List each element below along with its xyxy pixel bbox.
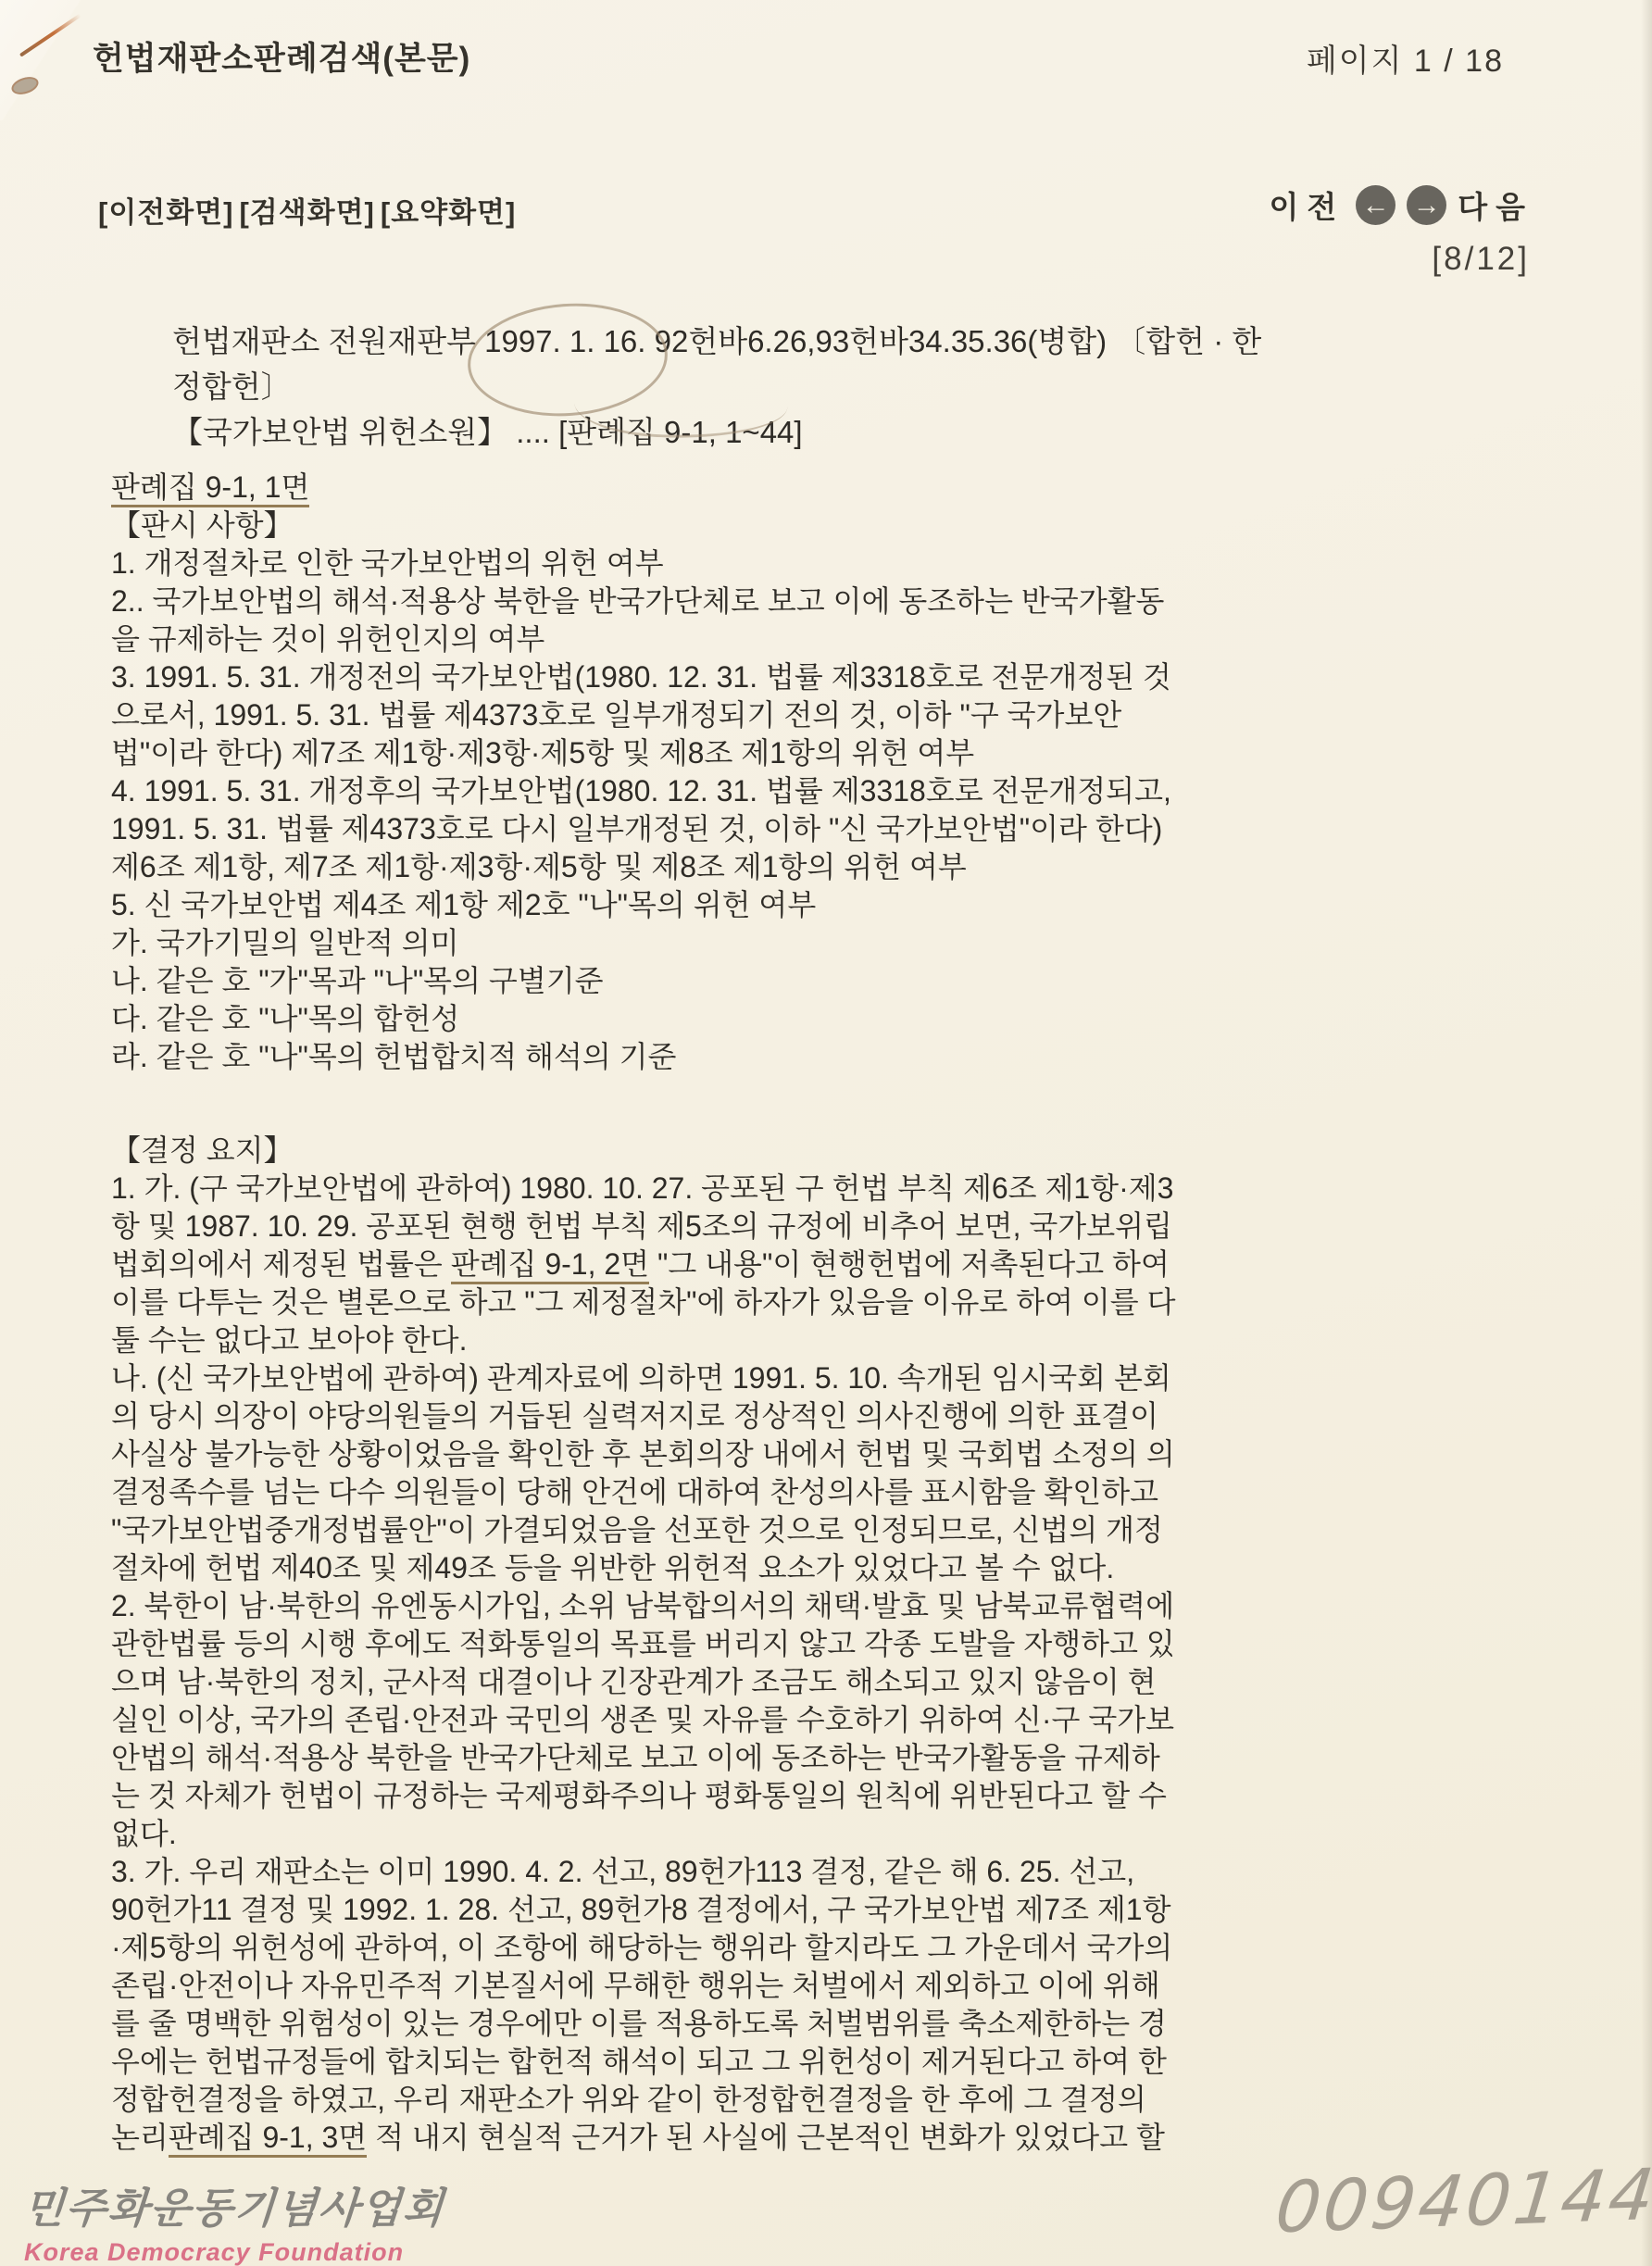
archive-logo-english: Korea Democracy Foundation <box>24 2238 445 2266</box>
next-label: 다음 <box>1458 183 1533 227</box>
body-text: 90헌가11 결정 및 1992. 1. 28. 선고, 89헌가8 결정에서,… <box>111 1893 1171 1926</box>
body-text: 1991. 5. 31. 법률 제4373호로 다시 일부개정된 것, 이하 "… <box>111 812 1162 845</box>
body-line: 을 규제하는 것이 위헌인지의 여부 <box>111 620 1528 658</box>
body-line: 4. 1991. 5. 31. 개정후의 국가보안법(1980. 12. 31.… <box>111 772 1528 810</box>
body-line: 나. 같은 호 "가"목과 "나"목의 구별기준 <box>111 962 1528 1000</box>
case-subject-line: 【국가보안법 위헌소원】 .... [판례집 9-1, 1~44] <box>172 409 1533 455</box>
body-text: 【결정 요지】 <box>111 1133 294 1167</box>
case-title-pre: 헌법재판소 전원재판부 <box>172 324 484 358</box>
body-line: 1. 가. (구 국가보안법에 관하여) 1980. 10. 27. 공포된 구… <box>111 1170 1528 1208</box>
body-text: 결정족수를 넘는 다수 의원들이 당해 안건에 대하여 찬성의사를 표시함을 확… <box>111 1475 1158 1509</box>
body-text: 정합헌결정을 하였고, 우리 재판소가 위와 같이 한정합헌결정을 한 후에 그… <box>111 2083 1146 2116</box>
body-line: 라. 같은 호 "나"목의 헌법합치적 해석의 기준 <box>111 1038 1528 1076</box>
next-arrow-button[interactable]: → <box>1407 185 1446 225</box>
body-text: 라. 같은 호 "나"목의 헌법합치적 해석의 기준 <box>111 1040 676 1073</box>
body-line: 법"이라 한다) 제7조 제1항·제3항·제5항 및 제8조 제1항의 위헌 여… <box>111 734 1528 772</box>
document-title: 헌법재판소판례검색(본문) <box>93 33 470 80</box>
case-header: 헌법재판소 전원재판부 1997. 1. 16. 92헌바6.26,93헌바34… <box>172 319 1533 455</box>
body-line: 다. 같은 호 "나"목의 합헌성 <box>111 1000 1528 1038</box>
right-arrow-icon: → <box>1413 192 1441 219</box>
nav-links: [이전화면] [검색화면] [요약화면] <box>98 189 516 231</box>
handwritten-archive-number: 00940144 <box>1271 2153 1652 2249</box>
body-line: 절차에 헌법 제40조 및 제49조 등을 위반한 위헌적 요소가 있었다고 볼… <box>111 1549 1528 1587</box>
body-line: 3. 가. 우리 재판소는 이미 1990. 4. 2. 선고, 89헌가113… <box>111 1853 1528 1891</box>
body-line: 1991. 5. 31. 법률 제4373호로 다시 일부개정된 것, 이하 "… <box>111 810 1528 848</box>
body-line: 항 및 1987. 10. 29. 공포된 현행 헌법 부칙 제5조의 규정에 … <box>111 1208 1528 1246</box>
body-text: 법회의에서 제정된 법률은 <box>111 1247 451 1281</box>
body-line: 결정족수를 넘는 다수 의원들이 당해 안건에 대하여 찬성의사를 표시함을 확… <box>111 1473 1528 1511</box>
body-line: 5. 신 국가보안법 제4조 제1항 제2호 "나"목의 위헌 여부 <box>111 886 1528 924</box>
archive-logo-korean: 민주화운동기념사업회 <box>22 2174 447 2235</box>
body-line: 으며 남·북한의 정치, 군사적 대결이나 긴장관계가 조금도 해소되고 있지 … <box>111 1663 1528 1701</box>
body-text: 를 줄 명백한 위험성이 있는 경우에만 이를 적용하도록 처벌범위를 축소제한… <box>111 2007 1167 2040</box>
body-text: 을 규제하는 것이 위헌인지의 여부 <box>111 622 544 656</box>
body-line: 는 것 자체가 헌법이 규정하는 국제평화주의나 평화통일의 원칙에 위반된다고… <box>111 1777 1528 1815</box>
body-line: 이를 다투는 것은 별론으로 하고 "그 제정절차"에 하자가 있음을 이유로 … <box>111 1283 1528 1321</box>
body-text: 으로서, 1991. 5. 31. 법률 제4373호로 일부개정되기 전의 것… <box>111 698 1121 732</box>
body-line: 안법의 해석·적용상 북한을 반국가단체로 보고 이에 동조하는 반국가활동을 … <box>111 1739 1528 1777</box>
body-text: 1. 개정절차로 인한 국가보안법의 위헌 여부 <box>111 546 664 580</box>
body-text: 나. 같은 호 "가"목과 "나"목의 구별기준 <box>111 964 604 997</box>
body-text: 3. 1991. 5. 31. 개정전의 국가보안법(1980. 12. 31.… <box>111 660 1171 694</box>
body-line: "국가보안법중개정법률안"이 가결되었음을 선포한 것으로 인정되므로, 신법의… <box>111 1511 1528 1549</box>
body-line: 정합헌결정을 하였고, 우리 재판소가 위와 같이 한정합헌결정을 한 후에 그… <box>111 2081 1528 2119</box>
body-text: 사실상 불가능한 상황이었음을 확인한 후 본회의장 내에서 헌법 및 국회법 … <box>111 1437 1175 1471</box>
body-line: 가. 국가기밀의 일반적 의미 <box>111 924 1528 962</box>
body-text: 없다. <box>111 1817 177 1850</box>
body-line: 3. 1991. 5. 31. 개정전의 국가보안법(1980. 12. 31.… <box>111 658 1528 696</box>
body-line: 우에는 헌법규정들에 합치되는 합헌적 해석이 되고 그 위헌성이 제거된다고 … <box>111 2043 1528 2081</box>
body-line: 【판시 사항】 <box>111 507 1528 545</box>
body-text: 존립·안전이나 자유민주적 기본질서에 무해한 행위는 처벌에서 제외하고 이에… <box>111 1969 1160 2002</box>
nav-link-previous-screen[interactable]: [이전화면] <box>98 189 233 231</box>
body-text: "국가보안법중개정법률안"이 가결되었음을 선포한 것으로 인정되므로, 신법의… <box>111 1513 1163 1546</box>
body-text: 논리 <box>111 2121 169 2154</box>
body-text: 는 것 자체가 헌법이 규정하는 국제평화주의나 평화통일의 원칙에 위반된다고… <box>111 1779 1167 1812</box>
archive-logo: 민주화운동기념사업회 Korea Democracy Foundation <box>24 2174 445 2266</box>
body-line: 나. (신 국가보안법에 관하여) 관계자료에 의하면 1991. 5. 10.… <box>111 1359 1528 1397</box>
body-text: 실인 이상, 국가의 존립·안전과 국민의 생존 및 자유를 수호하기 위하여 … <box>111 1703 1174 1736</box>
body-text: 툴 수는 없다고 보아야 한다. <box>111 1323 468 1357</box>
body-line: 의 당시 의장이 야당의원들의 거듭된 실력저지로 정상적인 의사진행에 의한 … <box>111 1397 1528 1435</box>
case-title-post: 92헌바6.26,93헌바34.35.36(병합) 〔합헌 · 한 <box>645 324 1261 358</box>
body-text: 항 및 1987. 10. 29. 공포된 현행 헌법 부칙 제5조의 규정에 … <box>111 1209 1172 1243</box>
casebook-page-marker: 판례집 9-1, 3면 <box>169 2121 367 2158</box>
case-title-line-2: 정합헌〕 <box>172 364 1533 409</box>
body-line: 1. 개정절차로 인한 국가보안법의 위헌 여부 <box>111 545 1528 582</box>
body-text: 2.. 국가보안법의 해석·적용상 북한을 반국가단체로 보고 이에 동조하는 … <box>111 584 1164 618</box>
body-spacer <box>111 1076 1528 1132</box>
case-title-line-1: 헌법재판소 전원재판부 1997. 1. 16. 92헌바6.26,93헌바34… <box>172 319 1533 364</box>
body-line: 으로서, 1991. 5. 31. 법률 제4373호로 일부개정되기 전의 것… <box>111 696 1528 734</box>
body-text: ·제5항의 위헌성에 관하여, 이 조항에 해당하는 행위라 할지라도 그 가운… <box>111 1931 1172 1964</box>
body-line: 사실상 불가능한 상황이었음을 확인한 후 본회의장 내에서 헌법 및 국회법 … <box>111 1435 1528 1473</box>
circled-decision-date: 1997. 1. 16. <box>484 319 645 364</box>
prev-arrow-button[interactable]: ← <box>1356 185 1395 225</box>
body-line: 존립·안전이나 자유민주적 기본질서에 무해한 행위는 처벌에서 제외하고 이에… <box>111 1967 1528 2005</box>
body-text: 법"이라 한다) 제7조 제1항·제3항·제5항 및 제8조 제1항의 위헌 여… <box>111 736 974 770</box>
body-line: 없다. <box>111 1815 1528 1853</box>
body-text: 관한법률 등의 시행 후에도 적화통일의 목표를 버리지 않고 각종 도발을 자… <box>111 1627 1175 1660</box>
body-text: 다. 같은 호 "나"목의 합헌성 <box>111 1002 459 1035</box>
body-text: 1. 가. (구 국가보안법에 관하여) 1980. 10. 27. 공포된 구… <box>111 1171 1173 1205</box>
nav-link-search-screen[interactable]: [검색화면] <box>239 189 374 231</box>
body-text: 의 당시 의장이 야당의원들의 거듭된 실력저지로 정상적인 의사진행에 의한 … <box>111 1399 1158 1433</box>
casebook-page-marker: 판례집 9-1, 1면 <box>111 470 309 507</box>
body-line: 【결정 요지】 <box>111 1132 1528 1170</box>
body-line: 논리판례집 9-1, 3면 적 내지 현실적 근거가 된 사실에 근본적인 변화… <box>111 2119 1528 2157</box>
body-line: ·제5항의 위헌성에 관하여, 이 조항에 해당하는 행위라 할지라도 그 가운… <box>111 1929 1528 1967</box>
left-arrow-icon: ← <box>1362 192 1390 219</box>
body-text: 가. 국가기밀의 일반적 의미 <box>111 926 459 959</box>
body-line: 법회의에서 제정된 법률은 판례집 9-1, 2면 "그 내용"이 현행헌법에 … <box>111 1246 1528 1283</box>
body-text: 4. 1991. 5. 31. 개정후의 국가보안법(1980. 12. 31.… <box>111 774 1171 807</box>
body-text: 【판시 사항】 <box>111 508 294 542</box>
body-line: 툴 수는 없다고 보아야 한다. <box>111 1321 1528 1359</box>
nav-link-summary-screen[interactable]: [요약화면] <box>381 189 516 231</box>
body-text: 우에는 헌법규정들에 합치되는 합헌적 해석이 되고 그 위헌성이 제거된다고 … <box>111 2045 1167 2078</box>
body-text: 적 내지 현실적 근거가 된 사실에 근본적인 변화가 있었다고 할 <box>367 2121 1165 2154</box>
scanned-document-page: 헌법재판소판례검색(본문) 페이지 1 / 18 [이전화면] [검색화면] [… <box>0 0 1652 2266</box>
result-counter: [8/12] <box>1432 241 1530 278</box>
casebook-page-marker: 판례집 9-1, 2면 <box>451 1247 649 1284</box>
body-text: 나. (신 국가보안법에 관하여) 관계자료에 의하면 1991. 5. 10.… <box>111 1361 1171 1395</box>
document-body: 판례집 9-1, 1면【판시 사항】1. 개정절차로 인한 국가보안법의 위헌 … <box>111 469 1528 2157</box>
pager: 이전 ← → 다음 <box>1269 183 1533 227</box>
body-line: 판례집 9-1, 1면 <box>111 469 1528 507</box>
body-line: 90헌가11 결정 및 1992. 1. 28. 선고, 89헌가8 결정에서,… <box>111 1891 1528 1929</box>
body-text: 제6조 제1항, 제7조 제1항·제3항·제5항 및 제8조 제1항의 위헌 여… <box>111 850 967 883</box>
body-text: 안법의 해석·적용상 북한을 반국가단체로 보고 이에 동조하는 반국가활동을 … <box>111 1741 1160 1774</box>
body-line: 를 줄 명백한 위험성이 있는 경우에만 이를 적용하도록 처벌범위를 축소제한… <box>111 2005 1528 2043</box>
body-text: 2. 북한이 남·북한의 유엔동시가입, 소위 남북합의서의 채택·발효 및 남… <box>111 1589 1174 1622</box>
body-line: 관한법률 등의 시행 후에도 적화통일의 목표를 버리지 않고 각종 도발을 자… <box>111 1625 1528 1663</box>
body-text: 3. 가. 우리 재판소는 이미 1990. 4. 2. 선고, 89헌가113… <box>111 1855 1134 1888</box>
scan-edge-shadow <box>1641 0 1652 2266</box>
body-line: 제6조 제1항, 제7조 제1항·제3항·제5항 및 제8조 제1항의 위헌 여… <box>111 848 1528 886</box>
body-line: 2.. 국가보안법의 해석·적용상 북한을 반국가단체로 보고 이에 동조하는 … <box>111 582 1528 620</box>
body-text: 으며 남·북한의 정치, 군사적 대결이나 긴장관계가 조금도 해소되고 있지 … <box>111 1665 1157 1698</box>
body-line: 실인 이상, 국가의 존립·안전과 국민의 생존 및 자유를 수호하기 위하여 … <box>111 1701 1528 1739</box>
prev-label: 이전 <box>1269 183 1345 227</box>
body-text: "그 내용"이 현행헌법에 저촉된다고 하여 <box>649 1247 1170 1281</box>
page-indicator: 페이지 1 / 18 <box>1307 35 1504 81</box>
body-line: 2. 북한이 남·북한의 유엔동시가입, 소위 남북합의서의 채택·발효 및 남… <box>111 1587 1528 1625</box>
body-text: 절차에 헌법 제40조 및 제49조 등을 위반한 위헌적 요소가 있었다고 볼… <box>111 1551 1114 1584</box>
body-text: 5. 신 국가보안법 제4조 제1항 제2호 "나"목의 위헌 여부 <box>111 888 816 921</box>
body-text: 이를 다투는 것은 별론으로 하고 "그 제정절차"에 하자가 있음을 이유로 … <box>111 1285 1176 1319</box>
